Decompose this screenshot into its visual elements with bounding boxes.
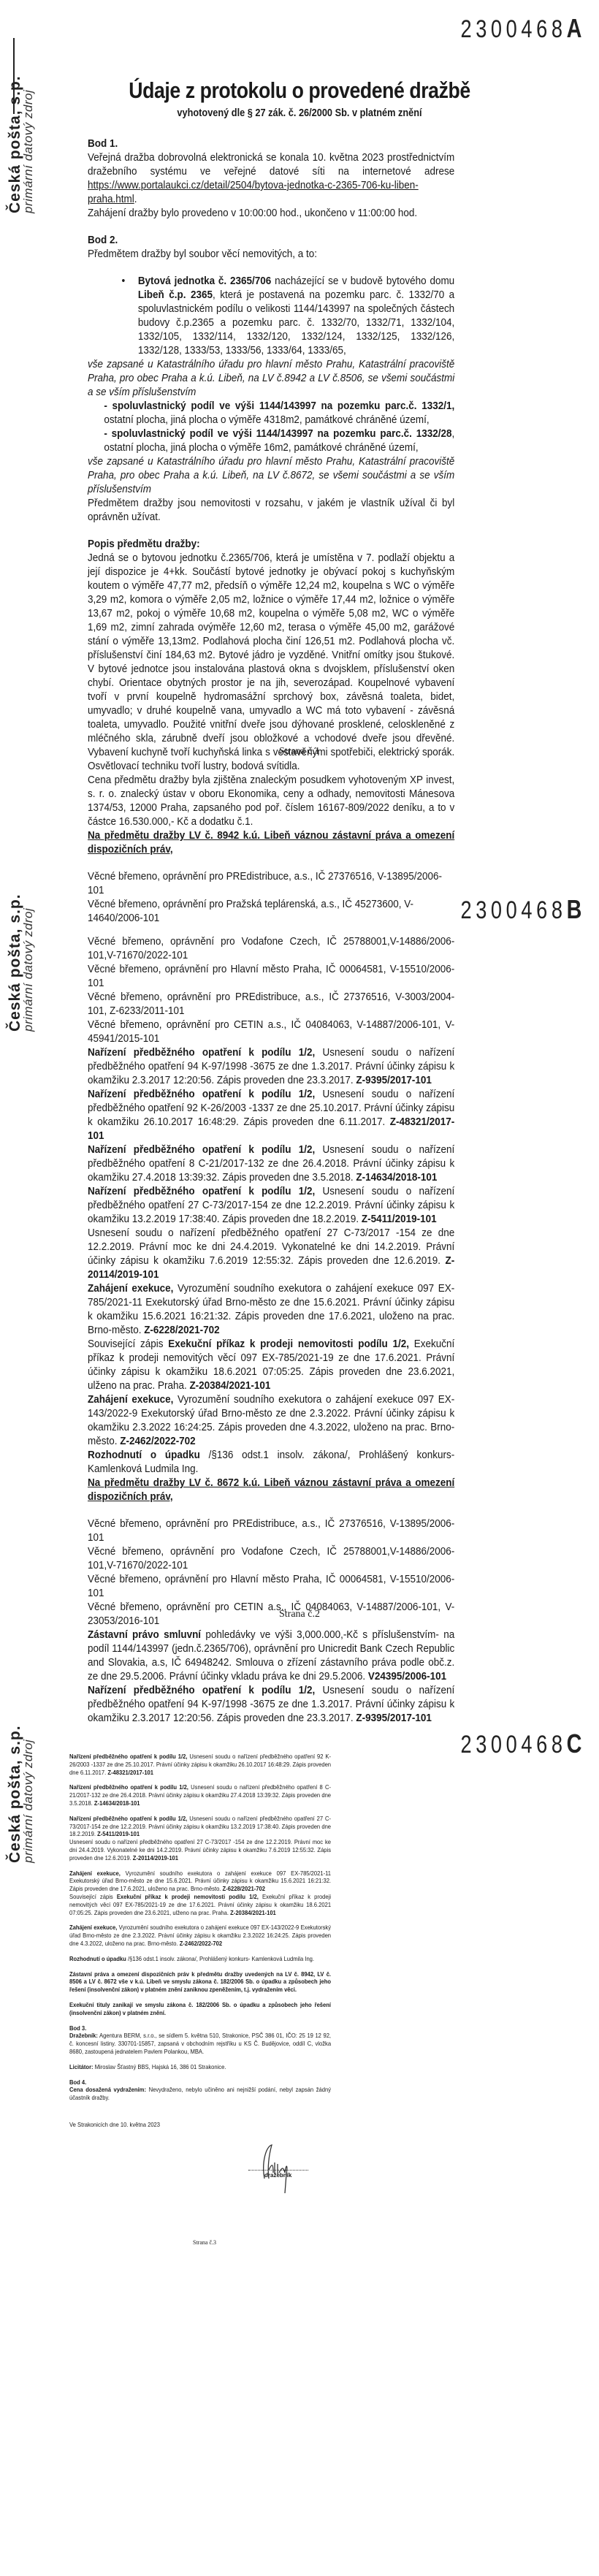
extinction-note-2: Exekuční tituly zanikají ve smyslu zákon…: [69, 2002, 331, 2018]
description-text: Jedná se o bytovou jednotku č.2365/706, …: [88, 552, 454, 774]
czech-post-stamp: Česká pošta, s.p. primární datový zdroj: [6, 862, 50, 1081]
page-footer: Strana č.2: [0, 1609, 599, 1620]
extinction-note-1: Zástavní práva a omezení dispozičních pr…: [69, 1971, 331, 1994]
easement-item: Věcné břemeno, oprávnění pro Hlavní měst…: [88, 963, 454, 991]
easement-item: Věcné břemeno, oprávnění pro CETIN a.s.,…: [88, 1018, 454, 1046]
auctioneer-info: Dražebník: Agentura BERM, s.r.o., se síd…: [69, 2032, 331, 2056]
stamp-line-2: primární datový zdroj: [22, 1725, 35, 1863]
page-3-content: Nařízení předběžného opatření k podílu 1…: [69, 1753, 331, 2130]
easement-list-top: Věcné břemeno, oprávnění pro Vodafone Cz…: [88, 935, 454, 1046]
page-footer: Strana č.3: [0, 2239, 504, 2246]
page-footer: Strana č.1: [0, 746, 599, 758]
entry: Nařízení předběžného opatření k podílu 1…: [69, 1815, 331, 1839]
stamp-line-1: Česká pošta, s.p.: [9, 893, 22, 1032]
property-bullet: • Bytová jednotka č. 2365/706 nacházejíc…: [88, 275, 454, 358]
easement-item: Věcné břemeno, oprávnění pro Hlavní měst…: [88, 1573, 454, 1601]
signature-block: dražebník: [248, 2170, 308, 2179]
share-2: - spoluvlastnický podíl ve výši 1144/143…: [88, 427, 454, 455]
document-subtitle: vyhotovený dle § 27 zák. č. 26/2000 Sb. …: [45, 107, 554, 119]
easement-item: Věcné břemeno, oprávnění pro PREdistribu…: [88, 1517, 454, 1545]
page-2-content: Věcné břemeno, oprávnění pro Vodafone Cz…: [88, 935, 454, 1726]
scope-text: Předmětem dražby jsou nemovitosti v rozs…: [88, 497, 454, 525]
bod-3-heading: Bod 3.: [69, 2025, 331, 2033]
entry-extra: Usnesení soudu o nařízení předběžného op…: [88, 1227, 454, 1282]
easement-item: Věcné břemeno, oprávnění pro Vodafone Cz…: [88, 935, 454, 963]
signature-icon: [254, 2141, 298, 2195]
share-1: - spoluvlastnický podíl ve výši 1144/143…: [88, 400, 454, 427]
entry: Nařízení předběžného opatření k podílu 1…: [88, 1185, 454, 1227]
auction-link[interactable]: https://www.portalaukci.cz/detail/2504/b…: [88, 180, 419, 205]
document-suffix: B: [566, 894, 581, 924]
entry: Nařízení předběžného opatření k podílu 1…: [69, 1753, 331, 1777]
page-1-content: Bod 1. Veřejná dražba dobrovolná elektro…: [88, 137, 454, 926]
entry: Rozhodnutí o úpadku /§136 odst.1 insolv.…: [88, 1449, 454, 1476]
bullet-icon: •: [122, 275, 138, 358]
entry-related: Související zápis Exekuční příkaz k prod…: [88, 1338, 454, 1393]
entry: Nařízení předběžného opatření k podílu 1…: [88, 1143, 454, 1185]
pledge-entry: Zástavní právo smluvní pohledávky ve výš…: [88, 1628, 454, 1684]
bod-1-time: Zahájení dražby bylo provedeno v 10:00:0…: [88, 207, 454, 221]
price-text: Cena předmětu dražby byla zjištěna znale…: [88, 774, 454, 829]
entry: Nařízení předběžného opatření k podílu 1…: [88, 1046, 454, 1088]
encumbrance-heading-8942: Na předmětu dražby LV č. 8942 k.ú. Libeň…: [88, 829, 454, 857]
document-number: 2300468A: [460, 13, 581, 44]
achieved-price: Cena dosažená vydražením: Nevydraženo, n…: [69, 2087, 331, 2103]
easement-item: Věcné břemeno, oprávnění pro Vodafone Cz…: [88, 1545, 454, 1573]
entry-extra: Usnesení soudu o nařízení předběžného op…: [69, 1839, 331, 1862]
bod-2-intro: Předmětem dražby byl soubor věcí nemovit…: [88, 248, 454, 262]
licitator-info: Licitátor: Miroslav Šťastný BBS, Hajská …: [69, 2064, 331, 2072]
encumbrance-heading-8672: Na předmětu dražby LV č. 8672 k.ú. Libeň…: [88, 1476, 454, 1504]
bod-1-heading: Bod 1.: [88, 137, 454, 151]
entry: Zahájení exekuce, Vyrozumění soudního ex…: [69, 1924, 331, 1948]
entry: Rozhodnutí o úpadku /§136 odst.1 insolv.…: [69, 1956, 331, 1964]
bod-4-heading: Bod 4.: [69, 2079, 331, 2087]
czech-post-stamp: Česká pošta, s.p. primární datový zdroj: [6, 1724, 50, 1870]
entry: Nařízení předběžného opatření k podílu 1…: [88, 1684, 454, 1726]
document-suffix: A: [566, 13, 581, 43]
entry: Nařízení předběžného opatření k podílu 1…: [88, 1088, 454, 1143]
document-suffix: C: [566, 1729, 581, 1758]
document-title-block: Údaje z protokolu o provedené dražbě vyh…: [0, 77, 599, 119]
stamp-line-2: primární datový zdroj: [22, 893, 35, 1032]
easement-item: Věcné břemeno, oprávnění pro PREdistribu…: [88, 991, 454, 1018]
place-date: Ve Strakonicích dne 10. května 2023: [69, 2122, 331, 2130]
entry: Zahájení exekuce, Vyrozumění soudního ex…: [69, 1870, 331, 1894]
bod-2-heading: Bod 2.: [88, 234, 454, 248]
page-2: Česká pošta, s.p. primární datový zdroj …: [0, 862, 599, 1724]
document-number: 2300468C: [460, 1729, 581, 1759]
entry: Zahájení exekuce, Vyrozumění soudního ex…: [88, 1282, 454, 1338]
registry-note-1: vše zapsané u Katastrálního úřadu pro hl…: [88, 358, 454, 400]
page-3: Česká pošta, s.p. primární datový zdroj …: [0, 1724, 599, 2576]
page-1: Česká pošta, s.p. primární datový zdroj …: [0, 0, 599, 862]
document-number: 2300468B: [460, 894, 581, 925]
entry-related: Související zápis Exekuční příkaz k prod…: [69, 1894, 331, 1917]
bod-1-text: Veřejná dražba dobrovolná elektronická s…: [88, 151, 454, 207]
entry: Nařízení předběžného opatření k podílu 1…: [69, 1784, 331, 1807]
document-title: Údaje z protokolu o provedené dražbě: [42, 77, 557, 104]
description-heading: Popis předmětu dražby:: [88, 538, 454, 552]
entry: Zahájení exekuce, Vyrozumění soudního ex…: [88, 1393, 454, 1449]
registry-note-2: vše zapsané u Katastrálního úřadu pro hl…: [88, 455, 454, 497]
stamp-line-1: Česká pošta, s.p.: [9, 1725, 22, 1863]
